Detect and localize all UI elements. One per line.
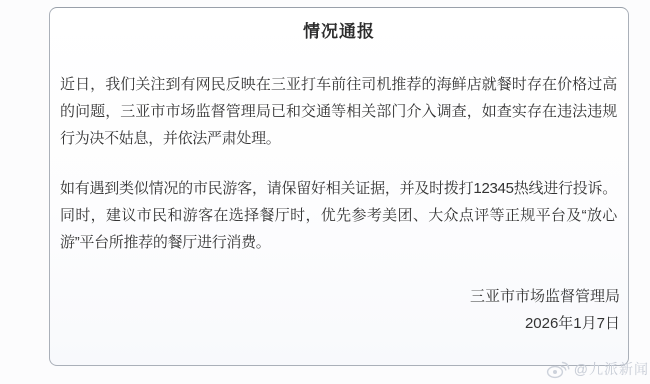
weibo-icon [546, 359, 570, 379]
notice-date: 2026年1月7日 [50, 310, 620, 337]
notice-signoff: 三亚市市场监督管理局 2026年1月7日 [50, 283, 620, 337]
watermark: @九派新闻 [546, 359, 649, 379]
notice-title: 情况通报 [50, 22, 628, 42]
notice-document: 情况通报 近日，我们关注到有网民反映在三亚打车前往司机推荐的海鲜店就餐时存在价格… [49, 7, 629, 366]
notice-signature: 三亚市市场监督管理局 [50, 283, 620, 310]
notice-paragraph-advice: 如有遇到类似情况的市民游客，请保留好相关证据，并及时拨打12345热线进行投诉。… [60, 175, 617, 256]
notice-paragraph-investigation: 近日，我们关注到有网民反映在三亚打车前往司机推荐的海鲜店就餐时存在价格过高的问题… [60, 71, 617, 152]
notice-body: 近日，我们关注到有网民反映在三亚打车前往司机推荐的海鲜店就餐时存在价格过高的问题… [60, 71, 617, 256]
watermark-text: @九派新闻 [574, 361, 649, 377]
